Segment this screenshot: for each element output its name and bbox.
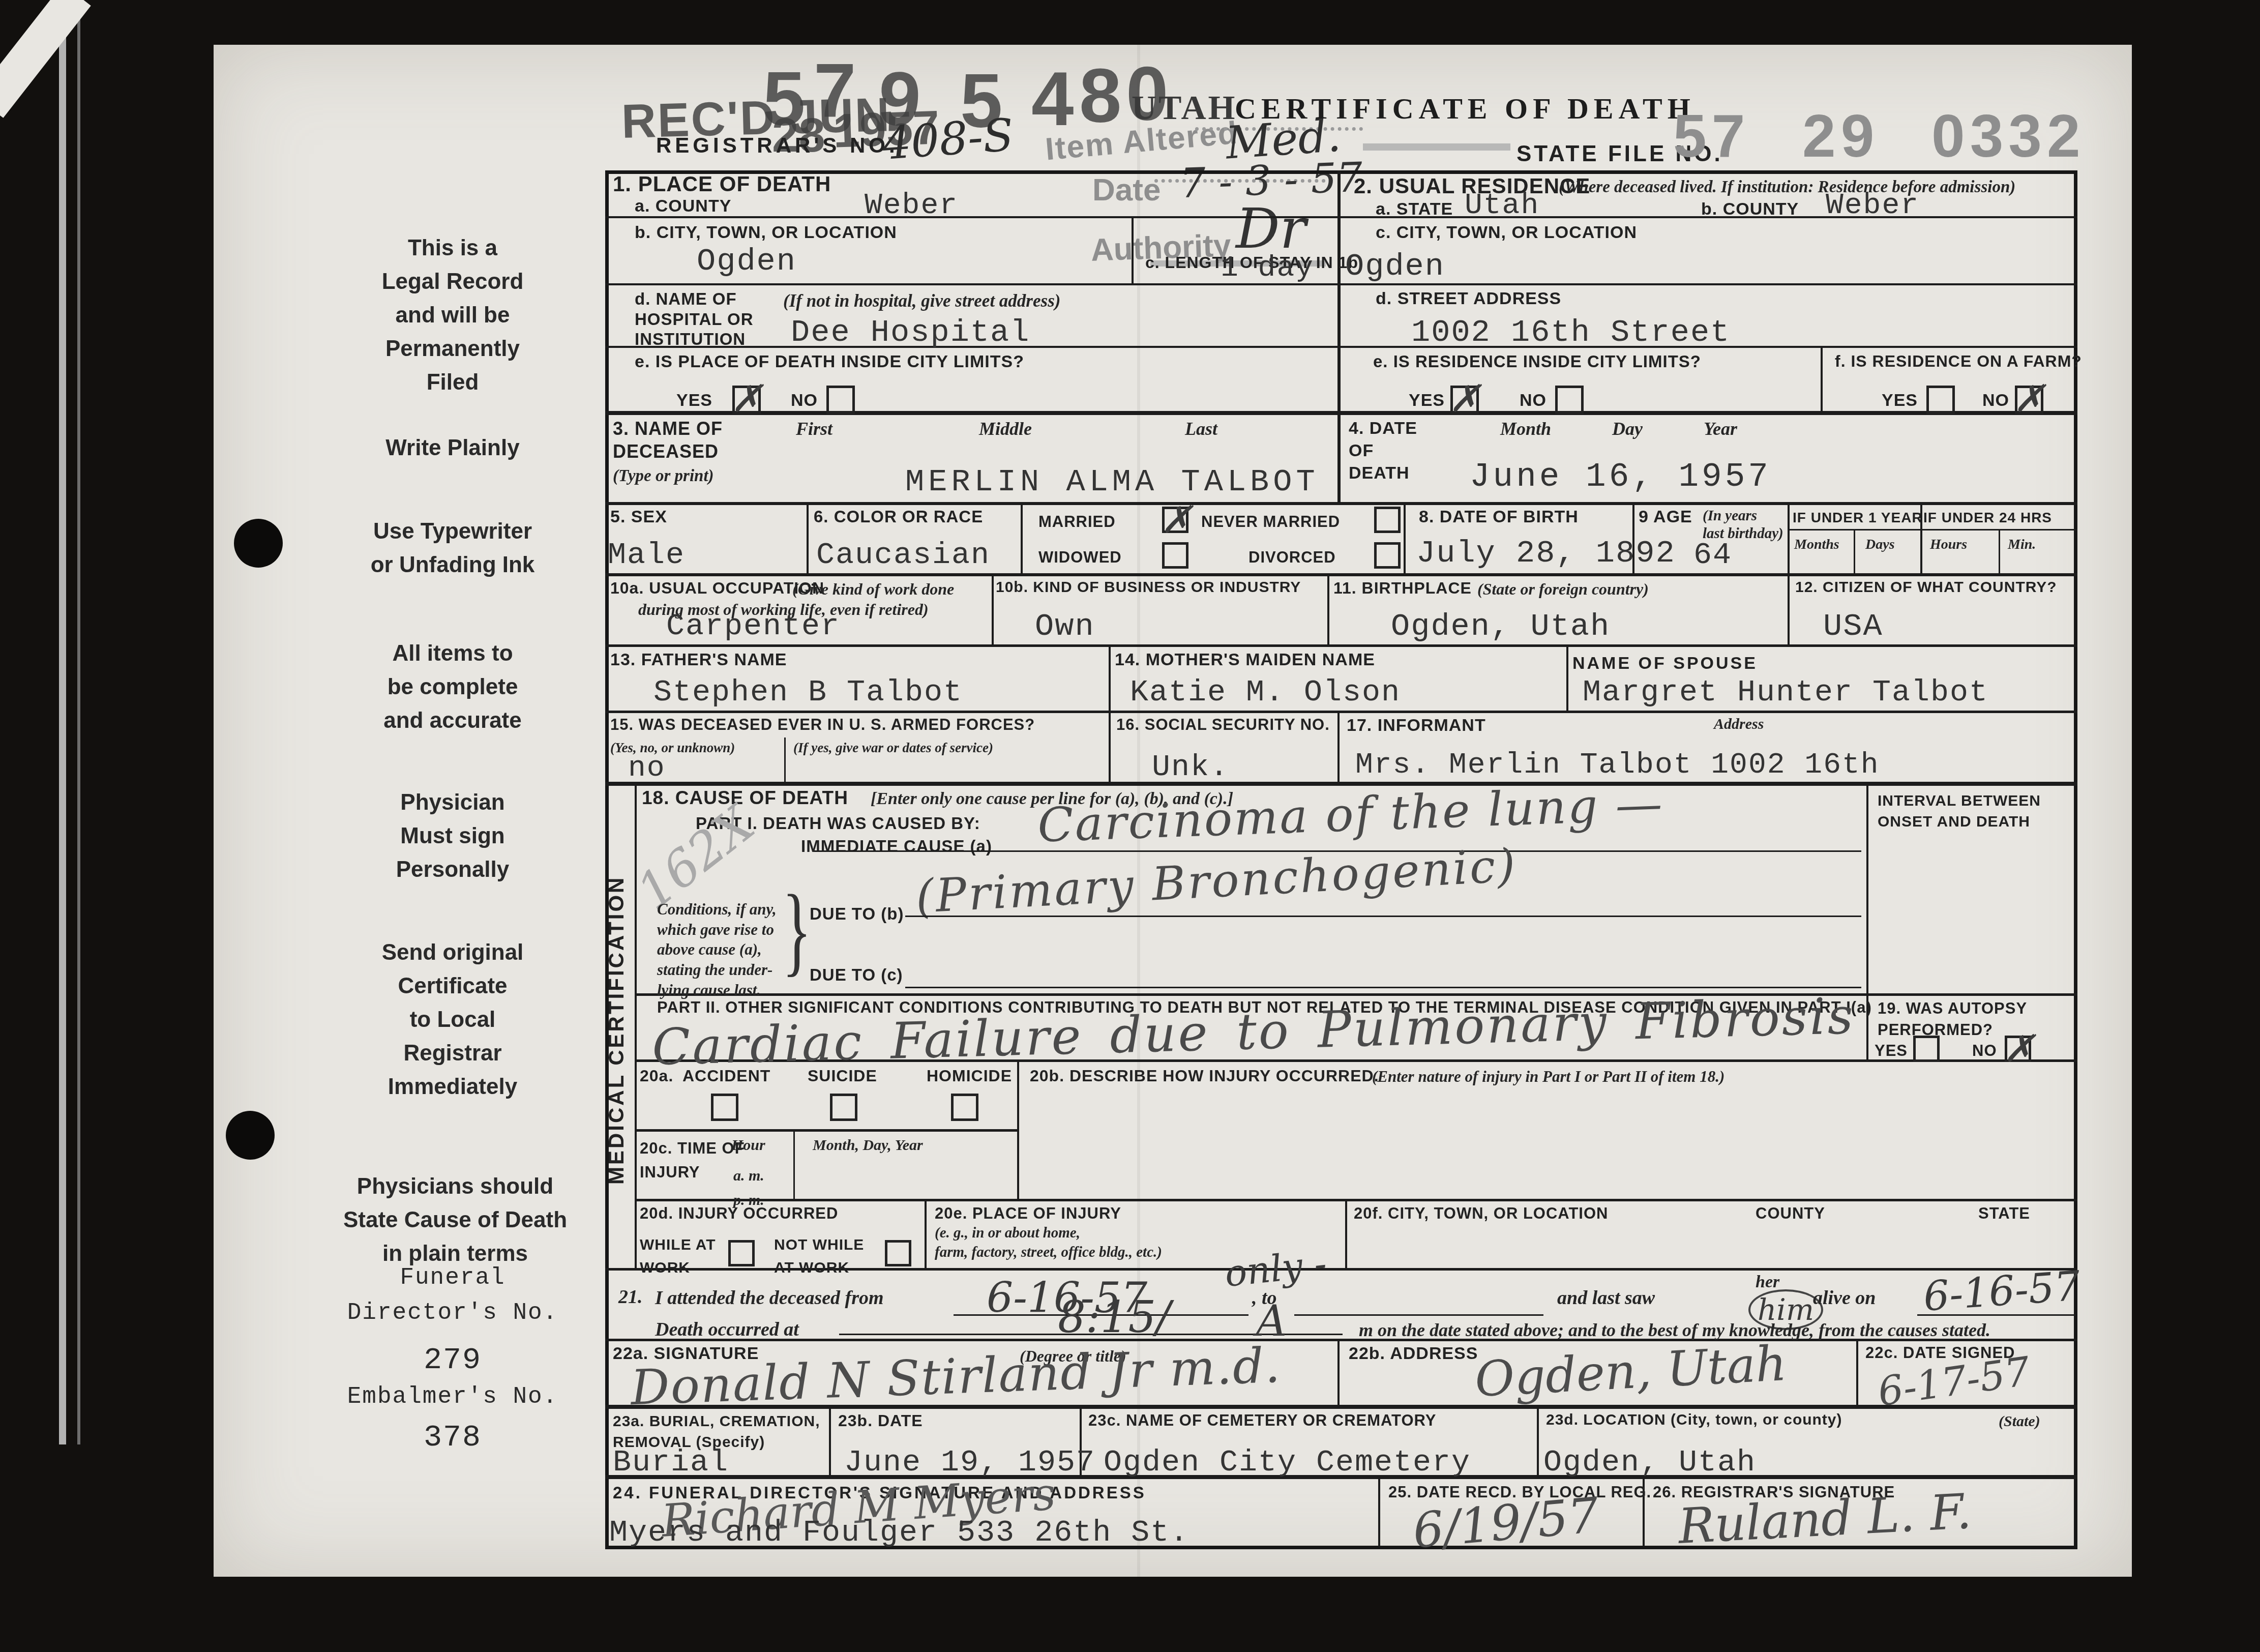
hours-label: Hours bbox=[1930, 537, 1967, 553]
social-security-value: Unk. bbox=[1152, 750, 1229, 785]
informant-address-label: Address bbox=[1714, 716, 1764, 733]
residence-state-label: a. STATE bbox=[1376, 199, 1453, 219]
armed-forces-note-2: (If yes, give war or dates of service) bbox=[793, 740, 993, 756]
title-utah-stamp: UTAH bbox=[1132, 87, 1237, 128]
if-under-24-hrs-label: IF UNDER 24 HRS bbox=[1923, 510, 2052, 526]
date-of-birth-label: 8. DATE OF BIRTH bbox=[1419, 507, 1579, 527]
scanned-death-certificate: 5 7 9 5 4 8 0 REC'D JUN 28 1957 REGISTRA… bbox=[0, 0, 2260, 1652]
suicide-checkbox bbox=[830, 1094, 857, 1121]
margin-note-typewriter: Use Typewriter or Unfading Ink bbox=[285, 515, 620, 582]
death-occurred-text: Death occurred at bbox=[655, 1318, 799, 1341]
registrars-no-value: 408-S bbox=[881, 108, 1016, 170]
residence-city-value: Ogden bbox=[1345, 248, 1445, 284]
age-label: 9 AGE bbox=[1639, 507, 1692, 527]
while-at-work-checkbox bbox=[728, 1240, 755, 1266]
deceased-name-value: MERLIN ALMA TALBOT bbox=[905, 464, 1319, 500]
if-under-1-year-label: IF UNDER 1 YEAR bbox=[1793, 510, 1923, 526]
city-value: Ogden bbox=[697, 243, 796, 279]
social-security-label: 16. SOCIAL SECURITY NO. bbox=[1116, 716, 1330, 734]
injury-state-label: STATE bbox=[1978, 1204, 2030, 1223]
accident-checkbox bbox=[711, 1094, 738, 1121]
sex-label: 5. SEX bbox=[610, 507, 667, 527]
never-married-checkbox bbox=[1374, 507, 1401, 533]
place-of-injury-label: 20e. PLACE OF INJURY bbox=[935, 1204, 1121, 1223]
street-address-value: 1002 16th Street bbox=[1411, 314, 1730, 350]
cemetery-label: 23c. NAME OF CEMETERY OR CREMATORY bbox=[1088, 1411, 1437, 1430]
farm-no-checkbox: ✗ bbox=[2015, 386, 2043, 414]
margin-note-write-plainly: Write Plainly bbox=[285, 431, 620, 465]
autopsy-yes-label: YES bbox=[1875, 1042, 1908, 1060]
citizen-label: 12. CITIZEN OF WHAT COUNTRY? bbox=[1795, 579, 2057, 596]
farm-yes-label: YES bbox=[1882, 391, 1918, 410]
state-note: (State) bbox=[1999, 1413, 2040, 1430]
location-label: 23d. LOCATION (City, town, or county) bbox=[1546, 1411, 1842, 1429]
spouse-name-value: Margret Hunter Talbot bbox=[1583, 675, 1988, 710]
farm-yes-checkbox bbox=[1926, 386, 1955, 414]
describe-injury-note: (Enter nature of injury in Part I or Par… bbox=[1372, 1068, 1724, 1086]
month-day-year-label: Month, Day, Year bbox=[813, 1137, 923, 1154]
armed-forces-value: no bbox=[628, 752, 666, 785]
embalmers-no-value: 378 bbox=[285, 1415, 620, 1461]
stamp-bar bbox=[1363, 143, 1510, 151]
interval-header: INTERVAL BETWEEN ONSET AND DEATH bbox=[1878, 791, 2041, 832]
occupation-value: Carpenter bbox=[666, 609, 840, 644]
address-label: 22b. ADDRESS bbox=[1349, 1344, 1478, 1364]
punch-hole-top bbox=[234, 519, 283, 568]
film-edge-line-2 bbox=[77, 0, 80, 1444]
residence-city-label: c. CITY, TOWN, OR LOCATION bbox=[1376, 223, 1637, 243]
widowed-checkbox bbox=[1162, 542, 1188, 569]
day-heading: Day bbox=[1612, 418, 1643, 439]
death-no-label: NO bbox=[791, 391, 818, 410]
residence-county-label: b. COUNTY bbox=[1701, 199, 1799, 219]
time-of-injury-label: 20c. TIME OF INJURY bbox=[640, 1137, 745, 1184]
married-checkbox: ✗ bbox=[1162, 507, 1188, 533]
age-value: 64 bbox=[1693, 538, 1732, 573]
describe-injury-label: 20b. DESCRIBE HOW INJURY OCCURRED. bbox=[1030, 1067, 1379, 1085]
homicide-checkbox bbox=[951, 1094, 978, 1121]
conditions-brace: } bbox=[782, 872, 812, 988]
item-20a-label: 20a. bbox=[640, 1067, 673, 1085]
margin-note-send-original: Send original Certificate to Local Regis… bbox=[285, 936, 620, 1104]
film-edge-line bbox=[59, 0, 66, 1444]
business-industry-label: 10b. KIND OF BUSINESS OR INDUSTRY bbox=[996, 579, 1301, 596]
birthplace-note: (State or foreign country) bbox=[1477, 580, 1649, 599]
spouse-name-label: NAME OF SPOUSE bbox=[1572, 654, 1758, 673]
autopsy-no-checkbox: ✗ bbox=[2005, 1036, 2031, 1062]
year-heading: Year bbox=[1704, 418, 1737, 439]
injury-county-label: COUNTY bbox=[1756, 1204, 1825, 1223]
death-yes-label: YES bbox=[676, 391, 712, 410]
age-note: (In years last birthday) bbox=[1703, 507, 1783, 543]
funeral-directors-no-value: 279 bbox=[285, 1338, 620, 1383]
autopsy-no-label: NO bbox=[1972, 1042, 1997, 1060]
autopsy-yes-checkbox bbox=[1913, 1036, 1940, 1062]
not-while-at-work-checkbox bbox=[885, 1240, 911, 1266]
mothers-maiden-name-value: Katie M. Olson bbox=[1130, 675, 1401, 710]
last-heading: Last bbox=[1185, 418, 1217, 439]
hour-label: Hour bbox=[731, 1137, 765, 1154]
punch-hole-bottom bbox=[226, 1111, 275, 1160]
death-time-value: 8:15/ bbox=[1058, 1292, 1171, 1343]
divorced-checkbox bbox=[1374, 542, 1401, 569]
county-label: a. COUNTY bbox=[635, 196, 731, 216]
date-of-death-label: 4. DATE OF DEATH bbox=[1349, 417, 1417, 485]
citizen-value: USA bbox=[1823, 608, 1883, 644]
length-of-stay-value: 1 day bbox=[1221, 252, 1314, 285]
never-married-label: NEVER MARRIED bbox=[1201, 513, 1340, 531]
attended-text: I attended the deceased from bbox=[655, 1287, 884, 1309]
accident-label: ACCIDENT bbox=[682, 1067, 770, 1085]
immediate-cause-label: IMMEDIATE CAUSE (a) bbox=[801, 837, 992, 856]
farm-label: f. IS RESIDENCE ON A FARM? bbox=[1835, 352, 2082, 371]
occupation-note-1: (Give kind of work done bbox=[792, 580, 954, 599]
cause-b-line bbox=[905, 916, 1861, 917]
armed-forces-label: 15. WAS DECEASED EVER IN U. S. ARMED FOR… bbox=[610, 716, 1035, 734]
margin-note-plain-terms: Physicians should State Cause of Death i… bbox=[277, 1170, 633, 1271]
margin-note-complete: All items to be complete and accurate bbox=[285, 637, 620, 737]
first-heading: First bbox=[796, 418, 832, 439]
month-heading: Month bbox=[1500, 418, 1551, 439]
county-value: Weber bbox=[865, 189, 958, 222]
item-21-number: 21. bbox=[618, 1286, 643, 1308]
death-occurred-text-2: m on the date stated above; and to the b… bbox=[1359, 1319, 1990, 1341]
cause-c-line bbox=[905, 987, 1861, 988]
medical-certification-vertical-label: MEDICAL CERTIFICATION bbox=[604, 793, 634, 1266]
birthplace-label: 11. BIRTHPLACE bbox=[1333, 579, 1472, 598]
color-race-value: Caucasian bbox=[816, 538, 990, 573]
conditions-note: Conditions, if any, which gave rise to a… bbox=[657, 899, 777, 1000]
place-of-injury-note: (e. g., in or about home, farm, factory,… bbox=[935, 1224, 1162, 1262]
married-label: MARRIED bbox=[1038, 513, 1116, 531]
sex-value: Male bbox=[608, 538, 685, 573]
homicide-label: HOMICIDE bbox=[927, 1067, 1012, 1085]
birthplace-value: Ogden, Utah bbox=[1391, 608, 1610, 644]
fathers-name-value: Stephen B Talbot bbox=[653, 675, 963, 710]
date-of-birth-value: July 28, 1892 bbox=[1416, 535, 1676, 571]
attended-to-line bbox=[1294, 1314, 1543, 1316]
while-at-work-label: WHILE AT WORK bbox=[640, 1233, 716, 1279]
business-industry-value: Own bbox=[1035, 608, 1095, 644]
page-title: CERTIFICATE OF DEATH bbox=[1235, 92, 1696, 126]
days-label: Days bbox=[1865, 537, 1895, 553]
due-to-c-label: DUE TO (c) bbox=[810, 965, 903, 985]
hospital-value: Dee Hospital bbox=[791, 314, 1030, 350]
residence-county-value: Weber bbox=[1826, 189, 1919, 222]
usual-residence-note: (Where deceased lived. If institution: R… bbox=[1559, 178, 2015, 197]
embalmers-no-label: Embalmer's No. bbox=[285, 1379, 620, 1414]
registrars-no-label: REGISTRAR'S NO. bbox=[656, 133, 899, 158]
residence-no-checkbox bbox=[1555, 386, 1584, 414]
residence-no-label: NO bbox=[1520, 391, 1547, 410]
alive-on-text: alive on bbox=[1813, 1287, 1876, 1309]
informant-label: 17. INFORMANT bbox=[1347, 716, 1486, 735]
margin-note-legal-record: This is a Legal Record and will be Perma… bbox=[285, 231, 620, 399]
death-no-checkbox bbox=[826, 386, 855, 414]
residence-yes-checkbox: ✗ bbox=[1450, 386, 1479, 414]
funeral-directors-no-label: Funeral Director's No. bbox=[285, 1260, 620, 1331]
date-of-death-value: June 16, 1957 bbox=[1470, 458, 1771, 496]
months-label: Months bbox=[1794, 537, 1839, 553]
residence-city-limits-label: e. IS RESIDENCE INSIDE CITY LIMITS? bbox=[1373, 352, 1701, 371]
hospital-label: d. NAME OF HOSPITAL OR INSTITUTION bbox=[635, 289, 753, 349]
divorced-label: DIVORCED bbox=[1248, 548, 1336, 567]
due-to-b-label: DUE TO (b) bbox=[810, 904, 904, 924]
residence-state-value: Utah bbox=[1465, 189, 1539, 222]
burial-value: Burial bbox=[613, 1445, 729, 1480]
location-value: Ogden, Utah bbox=[1543, 1445, 1756, 1480]
middle-heading: Middle bbox=[979, 418, 1032, 439]
cemetery-value: Ogden City Cemetery bbox=[1104, 1445, 1471, 1480]
widowed-label: WIDOWED bbox=[1038, 548, 1122, 567]
informant-value: Mrs. Merlin Talbot 1002 16th bbox=[1355, 749, 1880, 782]
injury-occurred-label: 20d. INJURY OCCURRED bbox=[640, 1204, 838, 1223]
last-saw-text: and last saw bbox=[1557, 1287, 1655, 1309]
her-printed: her bbox=[1756, 1273, 1779, 1292]
cause-of-death-title: 18. CAUSE OF DEATH bbox=[642, 787, 848, 809]
name-of-deceased-label: 3. NAME OF DECEASED bbox=[613, 417, 723, 463]
injury-city-label: 20f. CITY, TOWN, OR LOCATION bbox=[1354, 1204, 1608, 1223]
residence-yes-label: YES bbox=[1409, 391, 1445, 410]
state-file-value: 57 29 0332 bbox=[1673, 102, 2086, 171]
margin-note-physician-sign: Physician Must sign Personally bbox=[285, 786, 620, 887]
not-while-at-work-label: NOT WHILE AT WORK bbox=[774, 1233, 864, 1279]
min-label: Min. bbox=[2008, 537, 2036, 553]
color-race-label: 6. COLOR OR RACE bbox=[814, 507, 983, 526]
death-yes-checkbox: ✗ bbox=[732, 386, 761, 414]
hospital-note: (If not in hospital, give street address… bbox=[783, 291, 1060, 311]
death-city-limits-label: e. IS PLACE OF DEATH INSIDE CITY LIMITS? bbox=[635, 352, 1024, 372]
funeral-director-value: Myers and Foulger 533 26th St. bbox=[609, 1516, 1189, 1550]
street-address-label: d. STREET ADDRESS bbox=[1376, 289, 1561, 309]
city-label: b. CITY, TOWN, OR LOCATION bbox=[635, 223, 897, 243]
place-of-death-title: 1. PLACE OF DEATH bbox=[613, 172, 831, 196]
fathers-name-label: 13. FATHER'S NAME bbox=[610, 650, 787, 670]
farm-no-label: NO bbox=[1982, 391, 2009, 410]
type-or-print-note: (Type or print) bbox=[613, 467, 714, 486]
burial-date-label: 23b. DATE bbox=[838, 1411, 923, 1430]
suicide-label: SUICIDE bbox=[808, 1067, 877, 1085]
mothers-maiden-name-label: 14. MOTHER'S MAIDEN NAME bbox=[1115, 650, 1375, 670]
